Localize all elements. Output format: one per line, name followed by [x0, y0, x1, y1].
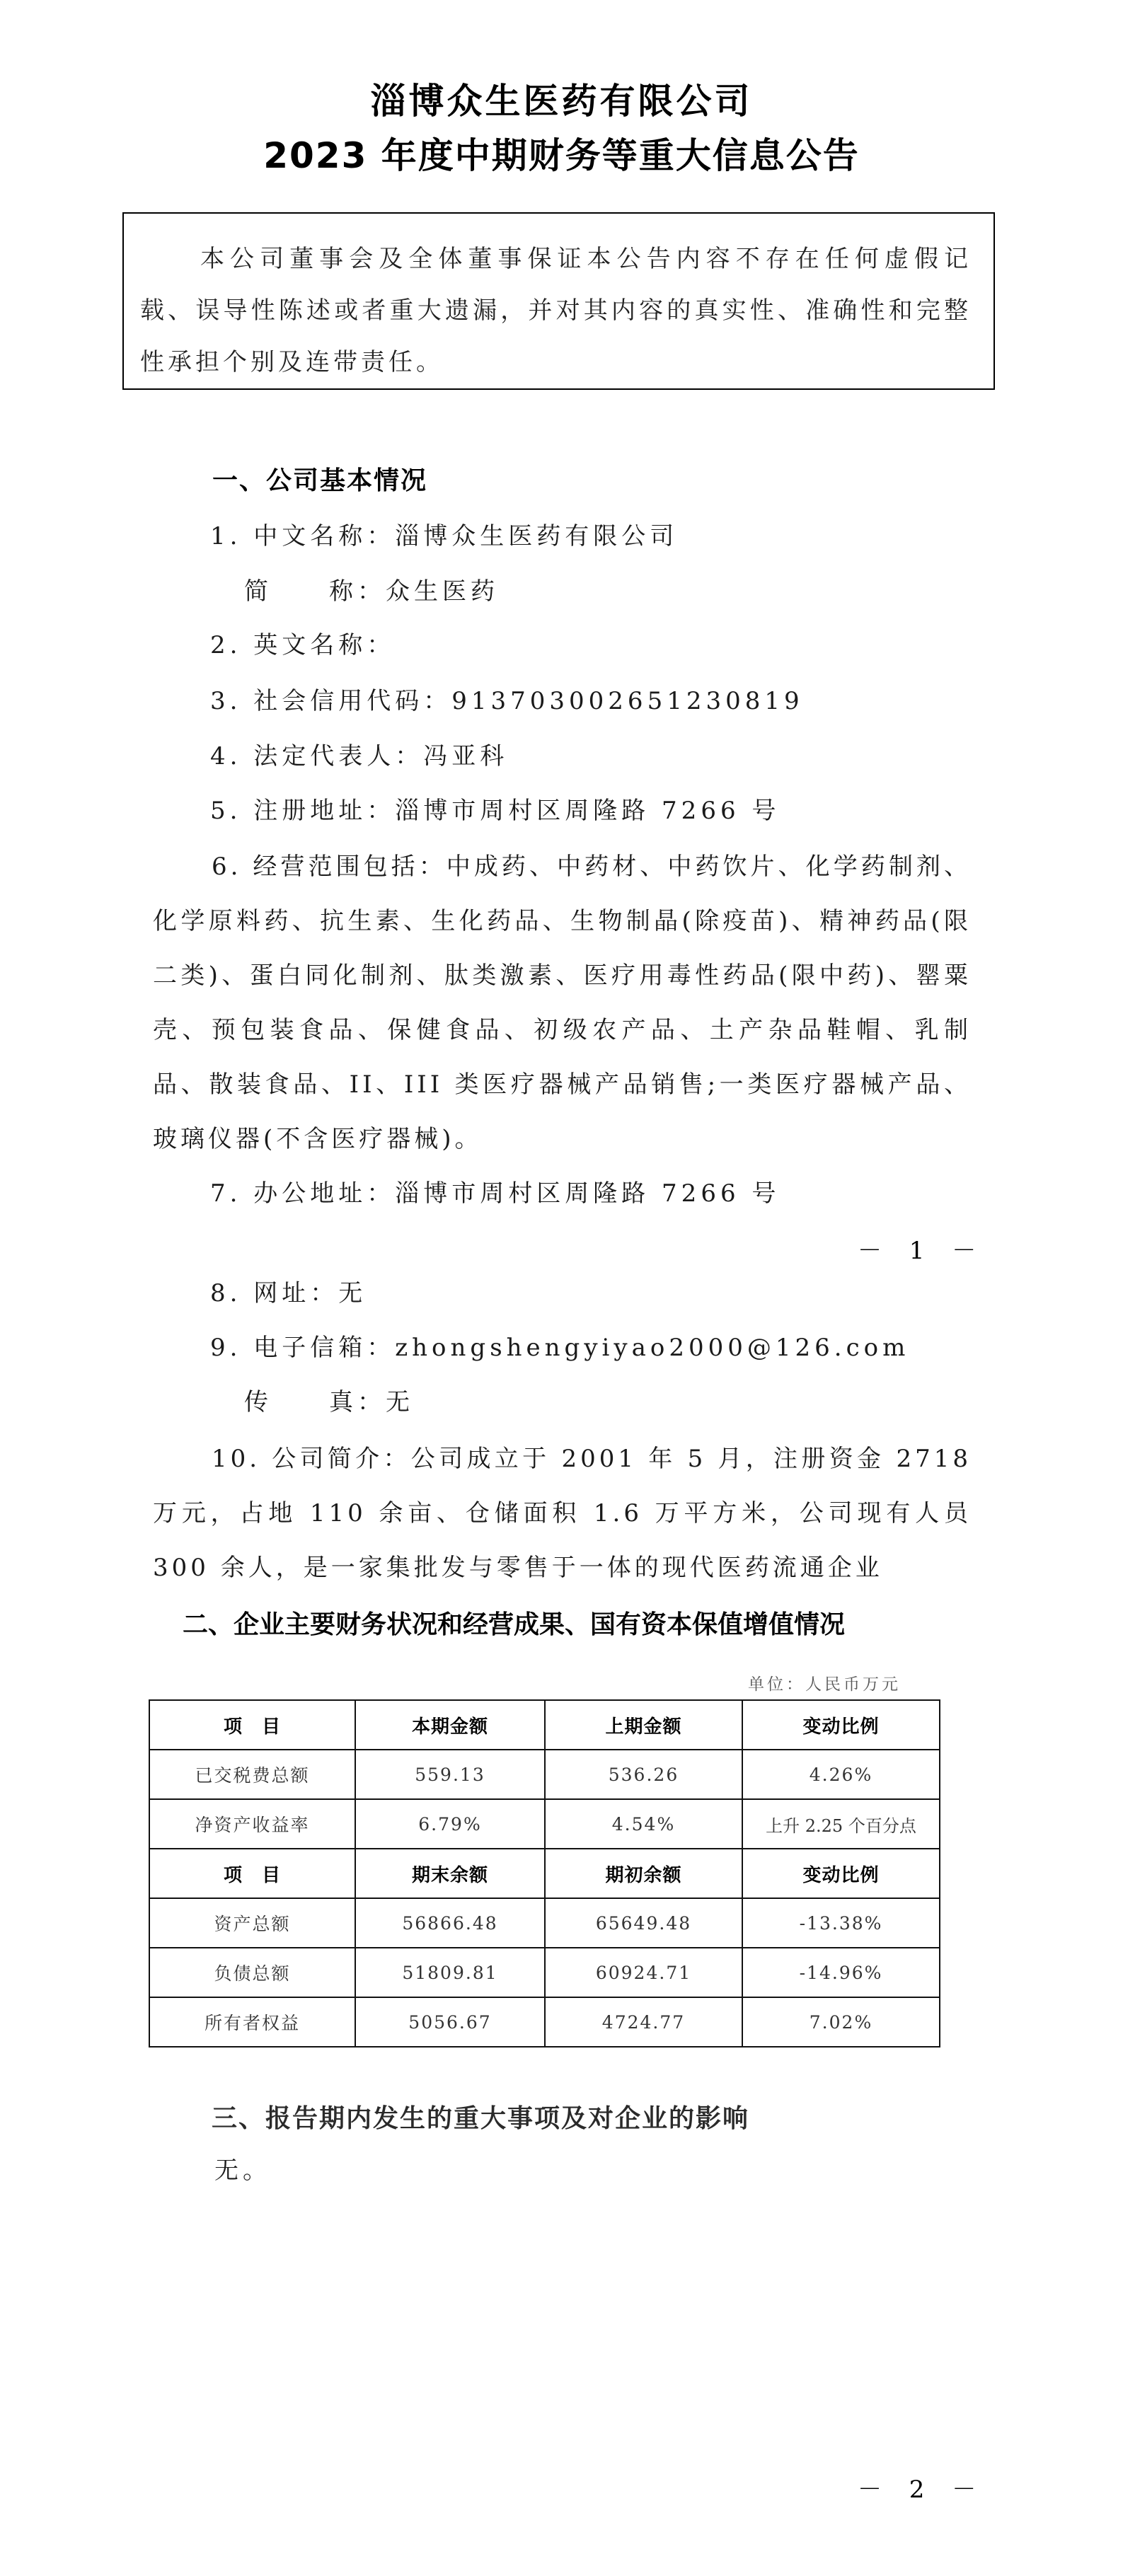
- table-cell: 536.26: [545, 1750, 742, 1799]
- table-cell: 60924.71: [545, 1948, 742, 1997]
- table-cell: 6.79%: [355, 1799, 545, 1849]
- table-cell: 资产总额: [149, 1898, 355, 1948]
- table-row: 已交税费总额 559.13 536.26 4.26%: [149, 1750, 940, 1799]
- table-header-cell: 变动比例: [742, 1700, 940, 1750]
- section3-heading: 三、报告期内发生的重大事项及对企业的影响: [212, 2103, 749, 2135]
- table-cell: 51809.81: [355, 1948, 545, 1997]
- table-header-cell: 项 目: [149, 1700, 355, 1750]
- table-cell: 7.02%: [742, 1997, 940, 2047]
- table-cell: 所有者权益: [149, 1997, 355, 2047]
- item-legal-representative: 4. 法定代表人：冯亚科: [210, 741, 508, 772]
- table-cell: -14.96%: [742, 1948, 940, 1997]
- table-cell: 4724.77: [545, 1997, 742, 2047]
- item-short-name: 简 称：众生医药: [244, 576, 499, 607]
- item-english-name: 2. 英文名称：: [210, 630, 395, 661]
- table-header-cell: 期末余额: [355, 1849, 545, 1898]
- table-header-row: 项 目 本期金额 上期金额 变动比例: [149, 1700, 940, 1750]
- table-header-cell: 项 目: [149, 1849, 355, 1898]
- item-email: 9. 电子信箱：zhongshengyiyao2000@126.com: [210, 1332, 909, 1363]
- table-row: 净资产收益率 6.79% 4.54% 上升 2.25 个百分点: [149, 1799, 940, 1849]
- table-cell: -13.38%: [742, 1898, 940, 1948]
- section2-heading: 二、企业主要财务状况和经营成果、国有资本保值增值情况: [183, 1610, 845, 1641]
- table-header-row: 项 目 期末余额 期初余额 变动比例: [149, 1849, 940, 1898]
- document-title-line1: 淄博众生医药有限公司: [0, 80, 1123, 122]
- table-header-cell: 变动比例: [742, 1849, 940, 1898]
- table-cell: 净资产收益率: [149, 1799, 355, 1849]
- item-fax: 传 真：无: [244, 1387, 414, 1418]
- unit-label: 单位：人民币万元: [748, 1671, 901, 1694]
- item-business-scope: 6. 经营范围包括：中成药、中药材、中药饮片、化学药制剂、化学原料药、抗生素、生…: [153, 840, 972, 1167]
- table-row: 资产总额 56866.48 65649.48 -13.38%: [149, 1898, 940, 1948]
- table-cell: 4.26%: [742, 1750, 940, 1799]
- table-cell: 负债总额: [149, 1948, 355, 1997]
- table-header-cell: 本期金额: [355, 1700, 545, 1750]
- section1-heading: 一、公司基本情况: [212, 466, 427, 497]
- table-header-cell: 期初余额: [545, 1849, 742, 1898]
- table-cell: 65649.48: [545, 1898, 742, 1948]
- item-website: 8. 网址：无: [210, 1278, 367, 1309]
- item-registered-address: 5. 注册地址：淄博市周村区周隆路 7266 号: [210, 795, 780, 826]
- table-row: 负债总额 51809.81 60924.71 -14.96%: [149, 1948, 940, 1997]
- financial-table: 项 目 本期金额 上期金额 变动比例 已交税费总额 559.13 536.26 …: [149, 1699, 940, 2047]
- item-chinese-name: 1. 中文名称：淄博众生医药有限公司: [210, 521, 678, 552]
- board-guarantee-notice-text: 本公司董事会及全体董事保证本公告内容不存在任何虚假记载、误导性陈述或者重大遗漏，…: [140, 233, 972, 388]
- table-header-cell: 上期金额: [545, 1700, 742, 1750]
- item-company-profile: 10. 公司简介：公司成立于 2001 年 5 月，注册资金 2718 万元，占…: [153, 1432, 972, 1595]
- item-office-address: 7. 办公地址：淄博市周村区周隆路 7266 号: [210, 1178, 780, 1209]
- board-guarantee-notice-box: 本公司董事会及全体董事保证本公告内容不存在任何虚假记载、误导性陈述或者重大遗漏，…: [122, 212, 995, 390]
- table-cell: 5056.67: [355, 1997, 545, 2047]
- document-title-line2: 2023 年度中期财务等重大信息公告: [0, 134, 1123, 177]
- item-credit-code: 3. 社会信用代码：913703002651230819: [210, 686, 804, 717]
- table-row: 所有者权益 5056.67 4724.77 7.02%: [149, 1997, 940, 2047]
- section3-content: 无。: [214, 2155, 271, 2186]
- table-cell: 已交税费总额: [149, 1750, 355, 1799]
- page-number-2: － 2 －: [858, 2470, 986, 2505]
- table-cell: 4.54%: [545, 1799, 742, 1849]
- page-number-1: － 1 －: [858, 1231, 986, 1266]
- table-cell: 上升 2.25 个百分点: [742, 1799, 940, 1849]
- table-cell: 56866.48: [355, 1898, 545, 1948]
- table-cell: 559.13: [355, 1750, 545, 1799]
